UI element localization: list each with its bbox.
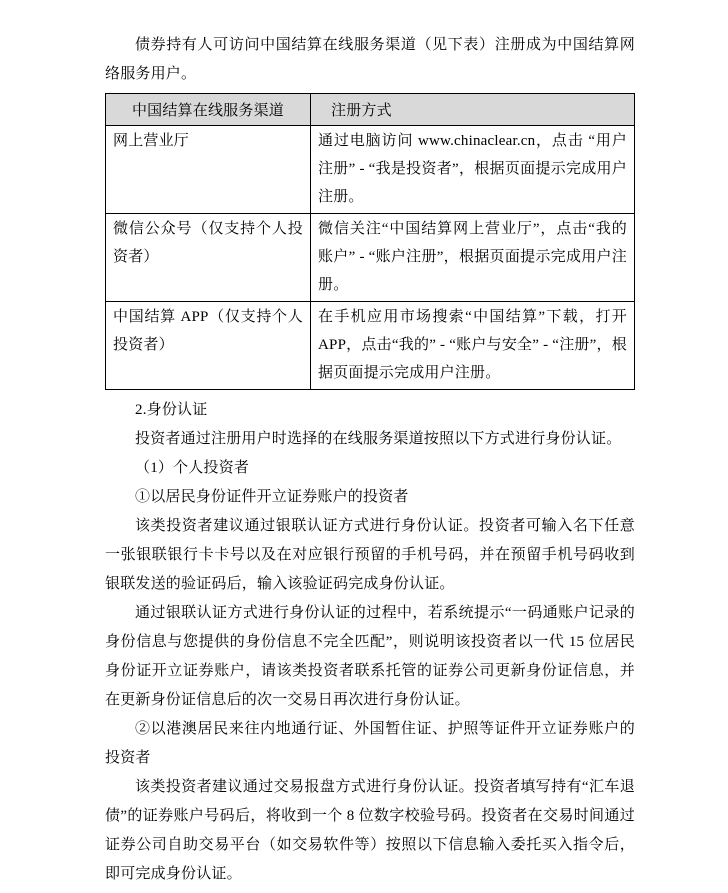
table-row: 微信公众号（仅支持个人投资者） 微信关注“中国结算网上营业厅”，点击“我的账户”…: [106, 214, 635, 302]
intro-paragraph: 债券持有人可访问中国结算在线服务渠道（见下表）注册成为中国结算网络服务用户。: [105, 31, 635, 89]
method-cell: 通过电脑访问 www.chinaclear.cn，点击 “用户注册” - “我是…: [311, 126, 635, 214]
paragraph-trade-report-auth: 该类投资者建议通过交易报盘方式进行身份认证。投资者填写持有“汇车退债”的证券账户…: [105, 773, 635, 889]
registration-table: 中国结算在线服务渠道 注册方式 网上营业厅 通过电脑访问 www.chinacl…: [105, 93, 635, 390]
method-cell: 在手机应用市场搜索“中国结算”下载，打开 APP，点击“我的” - “账户与安全…: [311, 302, 635, 390]
paragraph-unionpay-auth: 该类投资者建议通过银联认证方式进行身份认证。投资者可输入名下任意一张银联银行卡卡…: [105, 512, 635, 599]
channel-cell: 微信公众号（仅支持个人投资者）: [106, 214, 311, 302]
column-header-method: 注册方式: [311, 94, 635, 126]
table-row: 中国结算 APP（仅支持个人投资者） 在手机应用市场搜索“中国结算”下载，打开 …: [106, 302, 635, 390]
channel-cell: 中国结算 APP（仅支持个人投资者）: [106, 302, 311, 390]
paragraph-auth-overview: 投资者通过注册用户时选择的在线服务渠道按照以下方式进行身份认证。: [105, 425, 635, 454]
column-header-channel: 中国结算在线服务渠道: [106, 94, 311, 126]
item-heading-resident-id: ①以居民身份证件开立证券账户的投资者: [105, 483, 635, 512]
subsection-heading-individual-investor: （1）个人投资者: [105, 454, 635, 483]
paragraph-unionpay-mismatch: 通过银联认证方式进行身份认证的过程中，若系统提示“一码通账户记录的身份信息与您提…: [105, 599, 635, 715]
item-heading-other-certificates: ②以港澳居民来往内地通行证、外国暂住证、护照等证件开立证券账户的投资者: [105, 715, 635, 773]
table-row: 网上营业厅 通过电脑访问 www.chinaclear.cn，点击 “用户注册”…: [106, 126, 635, 214]
channel-cell: 网上营业厅: [106, 126, 311, 214]
method-cell: 微信关注“中国结算网上营业厅”，点击“我的账户” - “账户注册”，根据页面提示…: [311, 214, 635, 302]
section-heading-identity-auth: 2.身份认证: [105, 396, 635, 425]
table-header-row: 中国结算在线服务渠道 注册方式: [106, 94, 635, 126]
document-page: 债券持有人可访问中国结算在线服务渠道（见下表）注册成为中国结算网络服务用户。 中…: [0, 0, 728, 893]
